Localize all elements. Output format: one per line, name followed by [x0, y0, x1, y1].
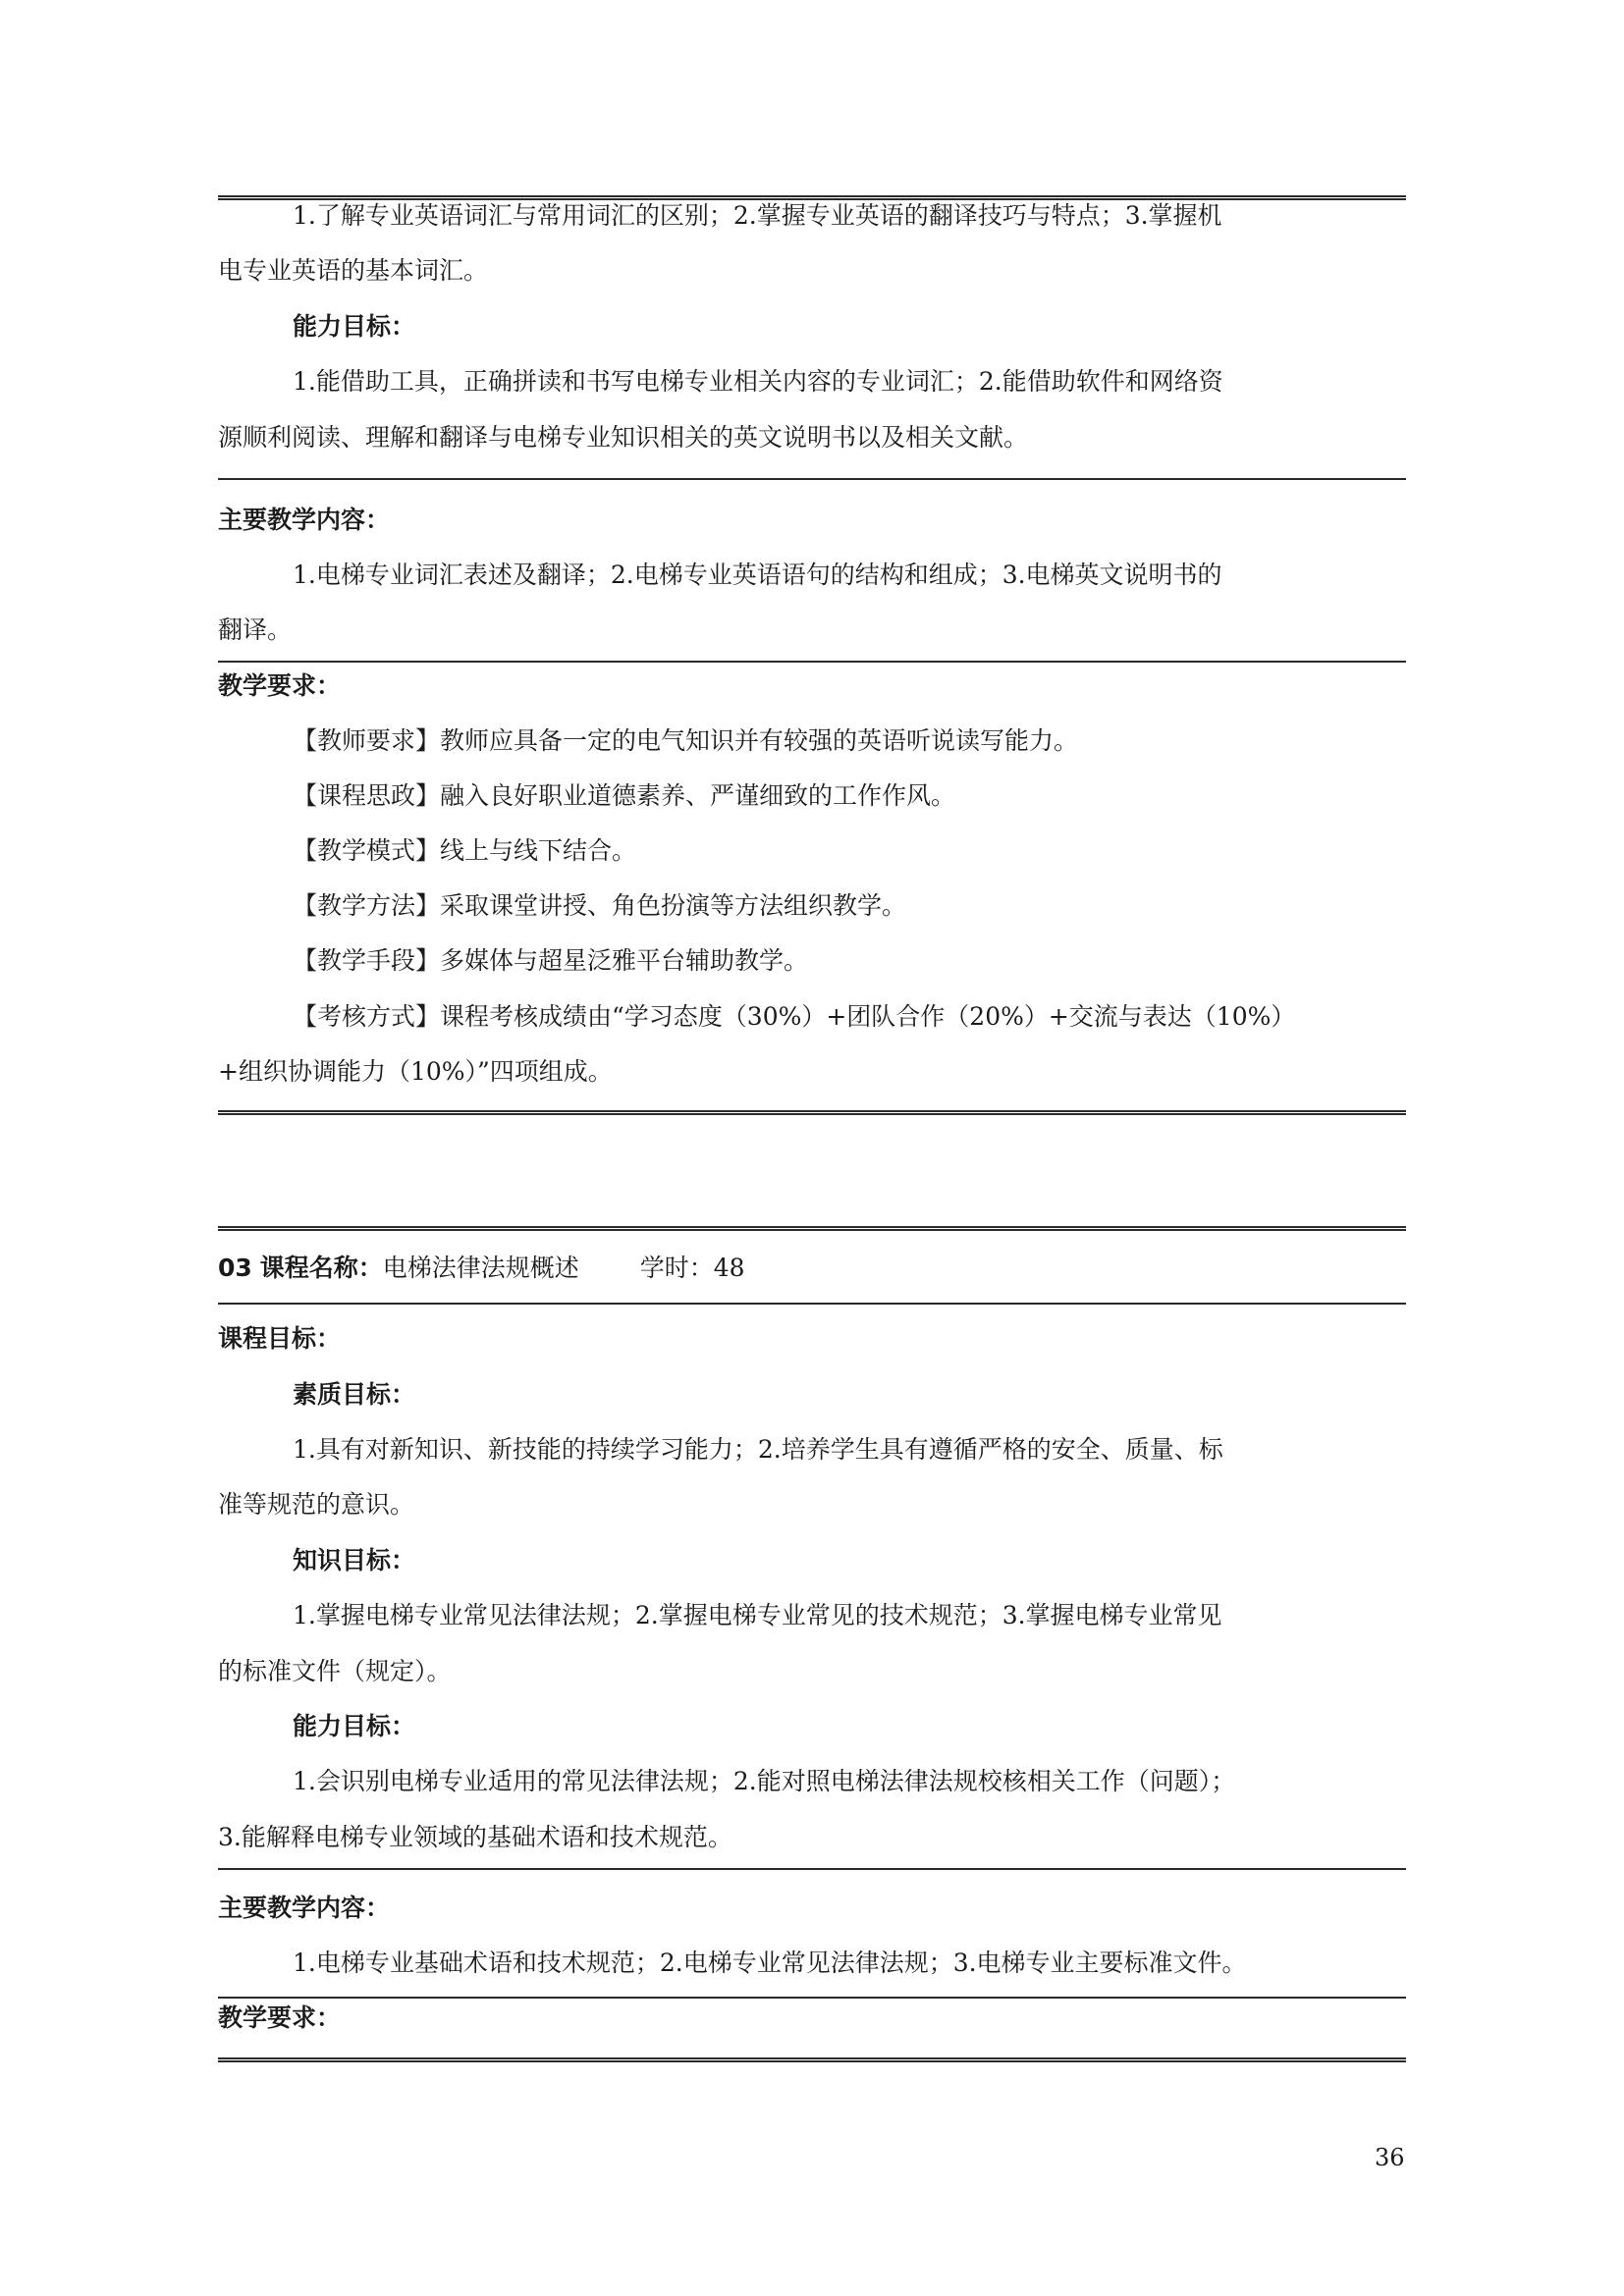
quality-goals-label: 素质目标：: [293, 1380, 415, 1410]
ability-goals-line-2: 3.能解释电梯专业领域的基础术语和技术规范。: [218, 1823, 732, 1852]
main-content-line-1: 1.电梯专业基础术语和技术规范；2.电梯专业常见法律法规；3.电梯专业主要标准文…: [293, 1949, 1247, 1978]
requirements-label: 教学要求：: [218, 2003, 341, 2033]
row-divider: [218, 661, 1406, 663]
requirement-teacher: 【教师要求】教师应具备一定的电气知识并有较强的英语听说读写能力。: [293, 726, 1078, 756]
ability-goals-label: 能力目标：: [293, 1712, 415, 1741]
requirement-assessment-line-2: +组织协调能力（10%）”四项组成。: [218, 1057, 613, 1087]
requirements-label: 教学要求：: [218, 671, 341, 701]
knowledge-goals-line-1: 1.掌握电梯专业常见法律法规；2.掌握电梯专业常见的技术规范；3.掌握电梯专业常…: [293, 1601, 1222, 1630]
course-number: 03: [218, 1254, 252, 1282]
hours-value: 48: [714, 1254, 745, 1282]
knowledge-goals-line-1: 1.了解专业英语词汇与常用词汇的区别；2.掌握专业英语的翻译技巧与特点；3.掌握…: [293, 201, 1222, 231]
main-content-line-1: 1.电梯专业词汇表述及翻译；2.电梯专业英语语句的结构和组成；3.电梯英文说明书…: [293, 561, 1222, 590]
course-name: 电梯法律法规概述: [383, 1254, 579, 1282]
knowledge-goals-line-2: 电专业英语的基本词汇。: [218, 256, 488, 286]
requirement-assessment-line-1: 【考核方式】课程考核成绩由“学习态度（30%）+团队合作（20%）+交流与表达（…: [293, 1002, 1295, 1032]
knowledge-goals-label: 知识目标：: [293, 1546, 415, 1575]
course-goals-label: 课程目标：: [218, 1324, 341, 1354]
requirement-means: 【教学手段】多媒体与超星泛雅平台辅助教学。: [293, 946, 808, 976]
row-divider: [218, 1303, 1406, 1305]
table-top-rule: [218, 195, 1406, 200]
row-divider: [218, 1868, 1406, 1870]
requirement-mode: 【教学模式】线上与线下结合。: [293, 836, 636, 866]
row-divider: [218, 478, 1406, 480]
hours-label: 学时：: [640, 1254, 714, 1282]
requirement-method: 【教学方法】采取课堂讲授、角色扮演等方法组织教学。: [293, 891, 906, 921]
ability-goals-line-2: 源顺利阅读、理解和翻译与电梯专业知识相关的英文说明书以及相关文献。: [218, 423, 1028, 453]
main-content-line-2: 翻译。: [218, 615, 292, 645]
course-header: 03 课程名称：电梯法律法规概述 学时：48: [218, 1254, 745, 1283]
quality-goals-line-1: 1.具有对新知识、新技能的持续学习能力；2.培养学生具有遵循严格的安全、质量、标: [293, 1435, 1223, 1465]
main-content-label: 主要教学内容：: [218, 1894, 390, 1923]
table-bottom-rule: [218, 2057, 1406, 2062]
knowledge-goals-line-2: 的标准文件（规定）。: [218, 1657, 452, 1686]
page-number: 36: [1375, 2144, 1405, 2171]
course-name-label: 课程名称：: [260, 1254, 383, 1282]
row-divider: [218, 1997, 1406, 1999]
table-top-rule: [218, 1226, 1406, 1231]
ability-goals-label: 能力目标：: [293, 312, 415, 342]
ability-goals-line-1: 1.能借助工具，正确拼读和书写电梯专业相关内容的专业词汇；2.能借助软件和网络资: [293, 367, 1223, 397]
table-bottom-rule: [218, 1110, 1406, 1115]
requirement-ideology: 【课程思政】融入良好职业道德素养、严谨细致的工作作风。: [293, 781, 955, 811]
main-content-label: 主要教学内容：: [218, 506, 390, 535]
ability-goals-line-1: 1.会识别电梯专业适用的常见法律法规；2.能对照电梯法律法规校核相关工作（问题）…: [293, 1767, 1235, 1796]
quality-goals-line-2: 准等规范的意识。: [218, 1490, 414, 1520]
